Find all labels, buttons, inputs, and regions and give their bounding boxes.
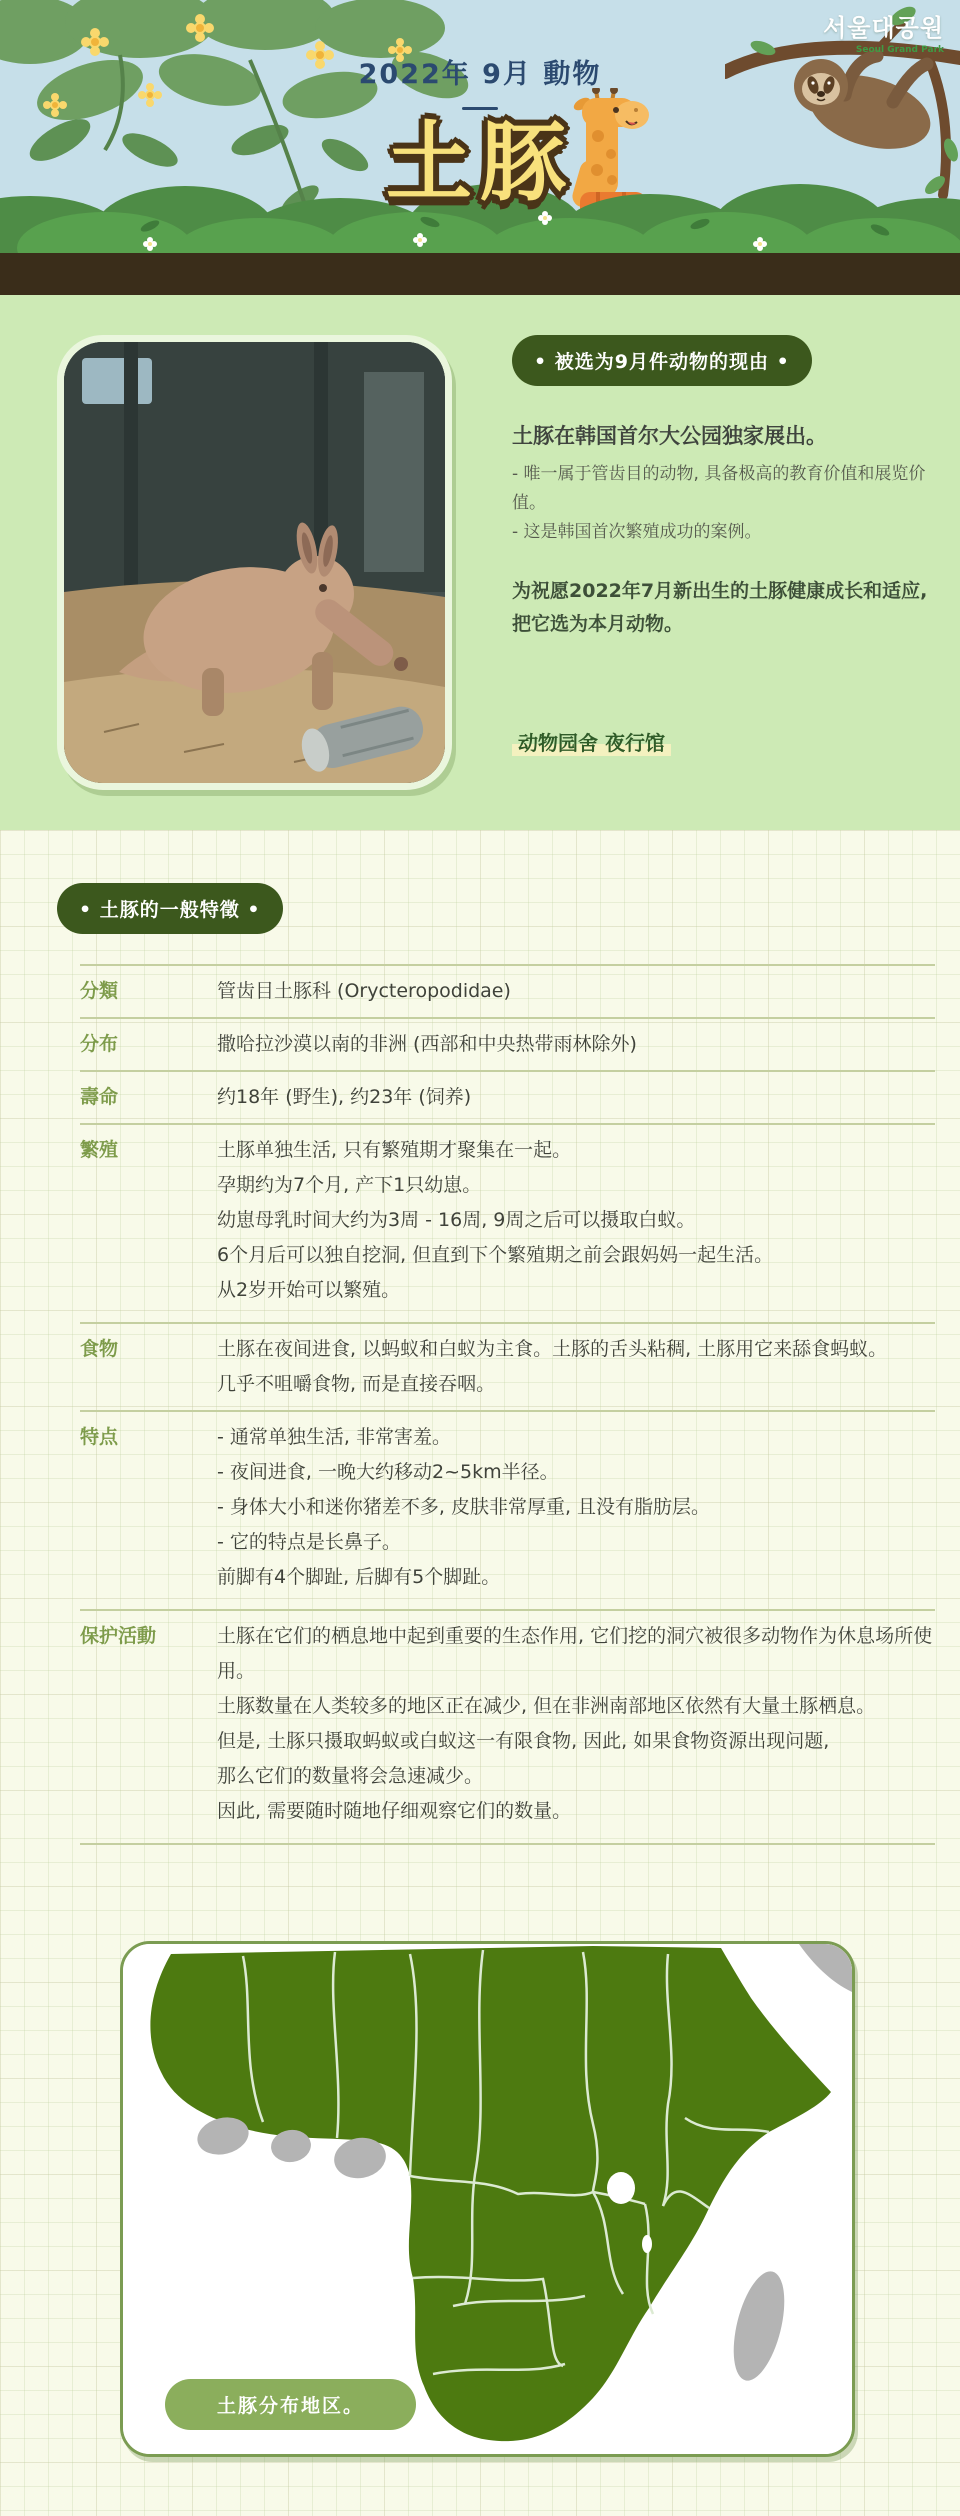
row-line: 幼崽母乳时间大约为3周 - 16周, 9周之后可以摄取白蚁。 <box>217 1203 935 1238</box>
page-title: 土豚 <box>0 120 960 206</box>
row-line: 因此, 需要随时随地仔细观察它们的数量。 <box>217 1794 935 1829</box>
intro-headline: 土豚在韩国首尔大公园独家展出。 <box>512 420 948 450</box>
intro-bullet: - 这是韩国首次繁殖成功的案例。 <box>512 518 948 547</box>
logo-english: Seoul Grand Park <box>823 45 944 55</box>
wish-line: 为祝愿2022年7月新出生的土豚健康成长和适应, <box>512 575 948 608</box>
table-row: 保护活動 土豚在它们的栖息地中起到重要的生态作用, 它们挖的洞穴被很多动物作为休… <box>80 1611 935 1845</box>
aardvark-photo-card <box>57 335 452 790</box>
row-line: 前脚有4个脚趾, 后脚有5个脚趾。 <box>217 1560 935 1595</box>
distribution-badge: 土豚分布地区。 <box>165 2379 416 2430</box>
soil-band <box>0 253 960 295</box>
row-label: 壽命 <box>80 1080 217 1115</box>
features-badge: • 土豚的一般特徵 • <box>57 883 283 934</box>
row-line: - 夜间进食, 一晚大约移动2~5km半径。 <box>217 1455 935 1490</box>
row-line: - 它的特点是长鼻子。 <box>217 1525 935 1560</box>
month-label: 2022年 9月 動物 <box>0 52 960 91</box>
intro-right-column: • 被选为9月件动物的现由 • 土豚在韩国首尔大公园独家展出。 - 唯一属于管齿… <box>512 335 948 641</box>
habitat-location: 动物园舍 夜行馆 <box>512 727 671 756</box>
row-line: 撒哈拉沙漠以南的非洲 (西部和中央热带雨林除外) <box>217 1027 935 1062</box>
selection-wish-text: 为祝愿2022年7月新出生的土豚健康成长和适应, 把它选为本月动物。 <box>512 575 948 642</box>
intro-bullet: - 唯一属于管齿目的动物, 具备极高的教育价值和展览价值。 <box>512 460 948 518</box>
row-line: 6个月后可以独自挖洞, 但直到下个繁殖期之前会跟妈妈一起生活。 <box>217 1238 935 1273</box>
row-line: - 身体大小和迷你猪差不多, 皮肤非常厚重, 且没有脂肪层。 <box>217 1490 935 1525</box>
row-label: 分類 <box>80 974 217 1009</box>
aardvark-photo-illustration <box>64 342 445 783</box>
logo-korean: 서울대공원 <box>823 8 944 43</box>
reason-badge: • 被选为9月件动物的现由 • <box>512 335 812 386</box>
table-row: 特点 - 通常单独生活, 非常害羞。 - 夜间进食, 一晚大约移动2~5km半径… <box>80 1412 935 1611</box>
row-line: 约18年 (野生), 约23年 (饲养) <box>217 1080 935 1115</box>
row-line: 土豚数量在人类较多的地区正在减少, 但在非洲南部地区依然有大量土豚栖息。 <box>217 1689 935 1724</box>
map-card: 土豚分布地区。 <box>120 1941 855 2457</box>
features-section: • 土豚的一般特徵 • 分類 管齿目土豚科 (Orycteropodidae) … <box>0 830 960 2516</box>
row-label: 特点 <box>80 1420 217 1595</box>
page: 서울대공원 Seoul Grand Park <box>0 0 960 2516</box>
row-label: 保护活動 <box>80 1619 217 1829</box>
row-line: 但是, 土豚只摄取蚂蚁或白蚁这一有限食物, 因此, 如果食物资源出现问题, <box>217 1724 935 1759</box>
intro-section: • 被选为9月件动物的现由 • 土豚在韩国首尔大公园独家展出。 - 唯一属于管齿… <box>0 295 960 830</box>
seoul-grand-park-logo: 서울대공원 Seoul Grand Park <box>823 8 944 55</box>
row-line: 从2岁开始可以繁殖。 <box>217 1273 935 1308</box>
row-line: 土豚单独生活, 只有繁殖期才聚集在一起。 <box>217 1133 935 1168</box>
table-row: 繁殖 土豚单独生活, 只有繁殖期才聚集在一起。 孕期约为7个月, 产下1只幼崽。… <box>80 1125 935 1324</box>
table-row: 分類 管齿目土豚科 (Orycteropodidae) <box>80 966 935 1019</box>
features-table: 分類 管齿目土豚科 (Orycteropodidae) 分布 撒哈拉沙漠以南的非… <box>80 964 935 1845</box>
row-line: 土豚在它们的栖息地中起到重要的生态作用, 它们挖的洞穴被很多动物作为休息场所使用… <box>217 1619 935 1689</box>
title-divider-icon <box>462 107 498 110</box>
row-line: 那么它们的数量将会急速减少。 <box>217 1759 935 1794</box>
row-label: 分布 <box>80 1027 217 1062</box>
row-line: - 通常单独生活, 非常害羞。 <box>217 1420 935 1455</box>
row-line: 孕期约为7个月, 产下1只幼崽。 <box>217 1168 935 1203</box>
row-label: 食物 <box>80 1332 217 1402</box>
header: 서울대공원 Seoul Grand Park <box>0 0 960 295</box>
africa-distribution-map <box>123 1944 852 2454</box>
row-label: 繁殖 <box>80 1133 217 1308</box>
table-row: 壽命 约18年 (野生), 约23年 (饲养) <box>80 1072 935 1125</box>
row-line: 土豚在夜间进食, 以蚂蚁和白蚁为主食。土豚的舌头粘稠, 土豚用它来舔食蚂蚁。 <box>217 1332 935 1367</box>
wish-line: 把它选为本月动物。 <box>512 608 948 641</box>
header-titles: 2022年 9月 動物 土豚 <box>0 52 960 206</box>
row-line: 几乎不咀嚼食物, 而是直接吞咽。 <box>217 1367 935 1402</box>
table-row: 食物 土豚在夜间进食, 以蚂蚁和白蚁为主食。土豚的舌头粘稠, 土豚用它来舔食蚂蚁… <box>80 1324 935 1412</box>
row-line: 管齿目土豚科 (Orycteropodidae) <box>217 974 935 1009</box>
table-row: 分布 撒哈拉沙漠以南的非洲 (西部和中央热带雨林除外) <box>80 1019 935 1072</box>
